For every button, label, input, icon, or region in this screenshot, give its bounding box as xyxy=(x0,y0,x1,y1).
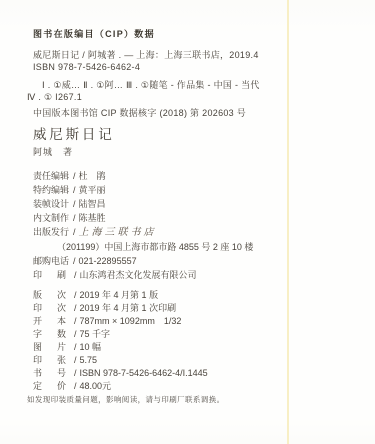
colophon-value: 2019 年 4 月第 1 次印刷 xyxy=(80,303,177,313)
separator: / xyxy=(73,171,76,181)
credit-value: 陆智昌 xyxy=(79,199,106,209)
credits-section: 责任编辑/杜 鹃 特约编辑/黄平丽 装帧设计/陆智昌 内文制作/陈基胜 xyxy=(33,169,335,225)
credit-row: 责任编辑/杜 鹃 xyxy=(33,169,335,183)
separator: / xyxy=(74,368,77,378)
credit-row: 特约编辑/黄平丽 xyxy=(33,183,335,197)
colophon-value: ISBN 978-7-5426-6462-4/I.1445 xyxy=(80,368,208,378)
separator: / xyxy=(73,185,76,195)
separator: / xyxy=(74,316,77,326)
colophon-value: 5.75 xyxy=(80,355,98,365)
cip-header: 图书在版编目（CIP）数据 xyxy=(33,28,335,40)
printer-row: 印刷/山东鸿君杰文化发展有限公司 xyxy=(33,268,335,282)
credit-value: 黄平丽 xyxy=(79,185,106,195)
title-section: 威尼斯日记 阿城 著 xyxy=(33,127,335,158)
mail-phone-value: 021-22895557 xyxy=(79,256,137,266)
publisher-address: （201199）中国上海市都市路 4855 号 2 座 10 楼 xyxy=(33,240,335,254)
copyright-page: 图书在版编目（CIP）数据 威尼斯日记 / 阿城著 . — 上海：上海三联书店，… xyxy=(0,0,375,444)
colophon-value: 48.00元 xyxy=(80,381,112,391)
printer-value: 山东鸿君杰文化发展有限公司 xyxy=(80,270,197,280)
credit-row: 装帧设计/陆智昌 xyxy=(33,197,335,211)
separator: / xyxy=(73,227,76,237)
separator: / xyxy=(74,303,77,313)
credit-label: 内文制作 xyxy=(33,213,69,223)
separator: / xyxy=(74,329,77,339)
separator: / xyxy=(74,342,77,352)
colophon-section: 版次/2019 年 4 月第 1 版 印次/2019 年 4 月第 1 次印刷 … xyxy=(33,289,335,393)
credit-value: 陈基胜 xyxy=(79,213,106,223)
separator: / xyxy=(74,270,77,280)
colophon-row: 开本/787mm × 1092mm 1/32 xyxy=(33,315,335,328)
page-edge-line xyxy=(287,0,289,444)
colophon-row: 印张/5.75 xyxy=(33,354,335,367)
colophon-value: 10 幅 xyxy=(80,342,102,352)
colophon-value: 75 千字 xyxy=(80,329,111,339)
separator: / xyxy=(74,381,77,391)
publisher-label: 出版发行 xyxy=(33,227,69,237)
mail-phone-row: 邮购电话/021-22895557 xyxy=(33,254,335,268)
credit-label: 装帧设计 xyxy=(33,199,69,209)
separator: / xyxy=(73,256,76,266)
colophon-row: 版次/2019 年 4 月第 1 版 xyxy=(33,289,335,302)
separator: / xyxy=(73,199,76,209)
publisher-name: 上海三联书店 xyxy=(79,227,157,238)
colophon-row: 图片/10 幅 xyxy=(33,341,335,354)
separator: / xyxy=(74,355,77,365)
credit-row: 内文制作/陈基胜 xyxy=(33,211,335,225)
cip-record-line: 中国版本图书馆 CIP 数据核字 (2018) 第 202603 号 xyxy=(33,107,335,119)
cip-isbn-line: ISBN 978-7-5426-6462-4 xyxy=(33,61,335,73)
colophon-value: 787mm × 1092mm 1/32 xyxy=(80,316,182,326)
colophon-row: 书号/ISBN 978-7-5426-6462-4/I.1445 xyxy=(33,367,335,380)
credit-label: 责任编辑 xyxy=(33,171,69,181)
colophon-row: 印次/2019 年 4 月第 1 次印刷 xyxy=(33,302,335,315)
cip-entry-line: 威尼斯日记 / 阿城著 . — 上海：上海三联书店，2019.4 xyxy=(33,49,335,61)
credit-value: 杜 鹃 xyxy=(79,171,106,181)
publisher-row: 出版发行/上海三联书店 xyxy=(33,225,335,240)
colophon-row: 定价/48.00元 xyxy=(33,380,335,393)
mail-phone-label: 邮购电话 xyxy=(33,256,69,266)
separator: / xyxy=(74,290,77,300)
credit-label: 特约编辑 xyxy=(33,185,69,195)
cip-section: 图书在版编目（CIP）数据 威尼斯日记 / 阿城著 . — 上海：上海三联书店，… xyxy=(33,28,335,119)
separator: / xyxy=(73,213,76,223)
book-title: 威尼斯日记 xyxy=(33,127,335,143)
cip-class-line-1: Ⅰ . ①威… Ⅱ . ①阿… Ⅲ . ①随笔 - 作品集 - 中国 - 当代 xyxy=(33,79,335,91)
colophon-value: 2019 年 4 月第 1 版 xyxy=(80,290,159,300)
book-author: 阿城 著 xyxy=(33,146,335,158)
colophon-row: 字数/75 千字 xyxy=(33,328,335,341)
publishing-section: 出版发行/上海三联书店 （201199）中国上海市都市路 4855 号 2 座 … xyxy=(33,225,335,282)
